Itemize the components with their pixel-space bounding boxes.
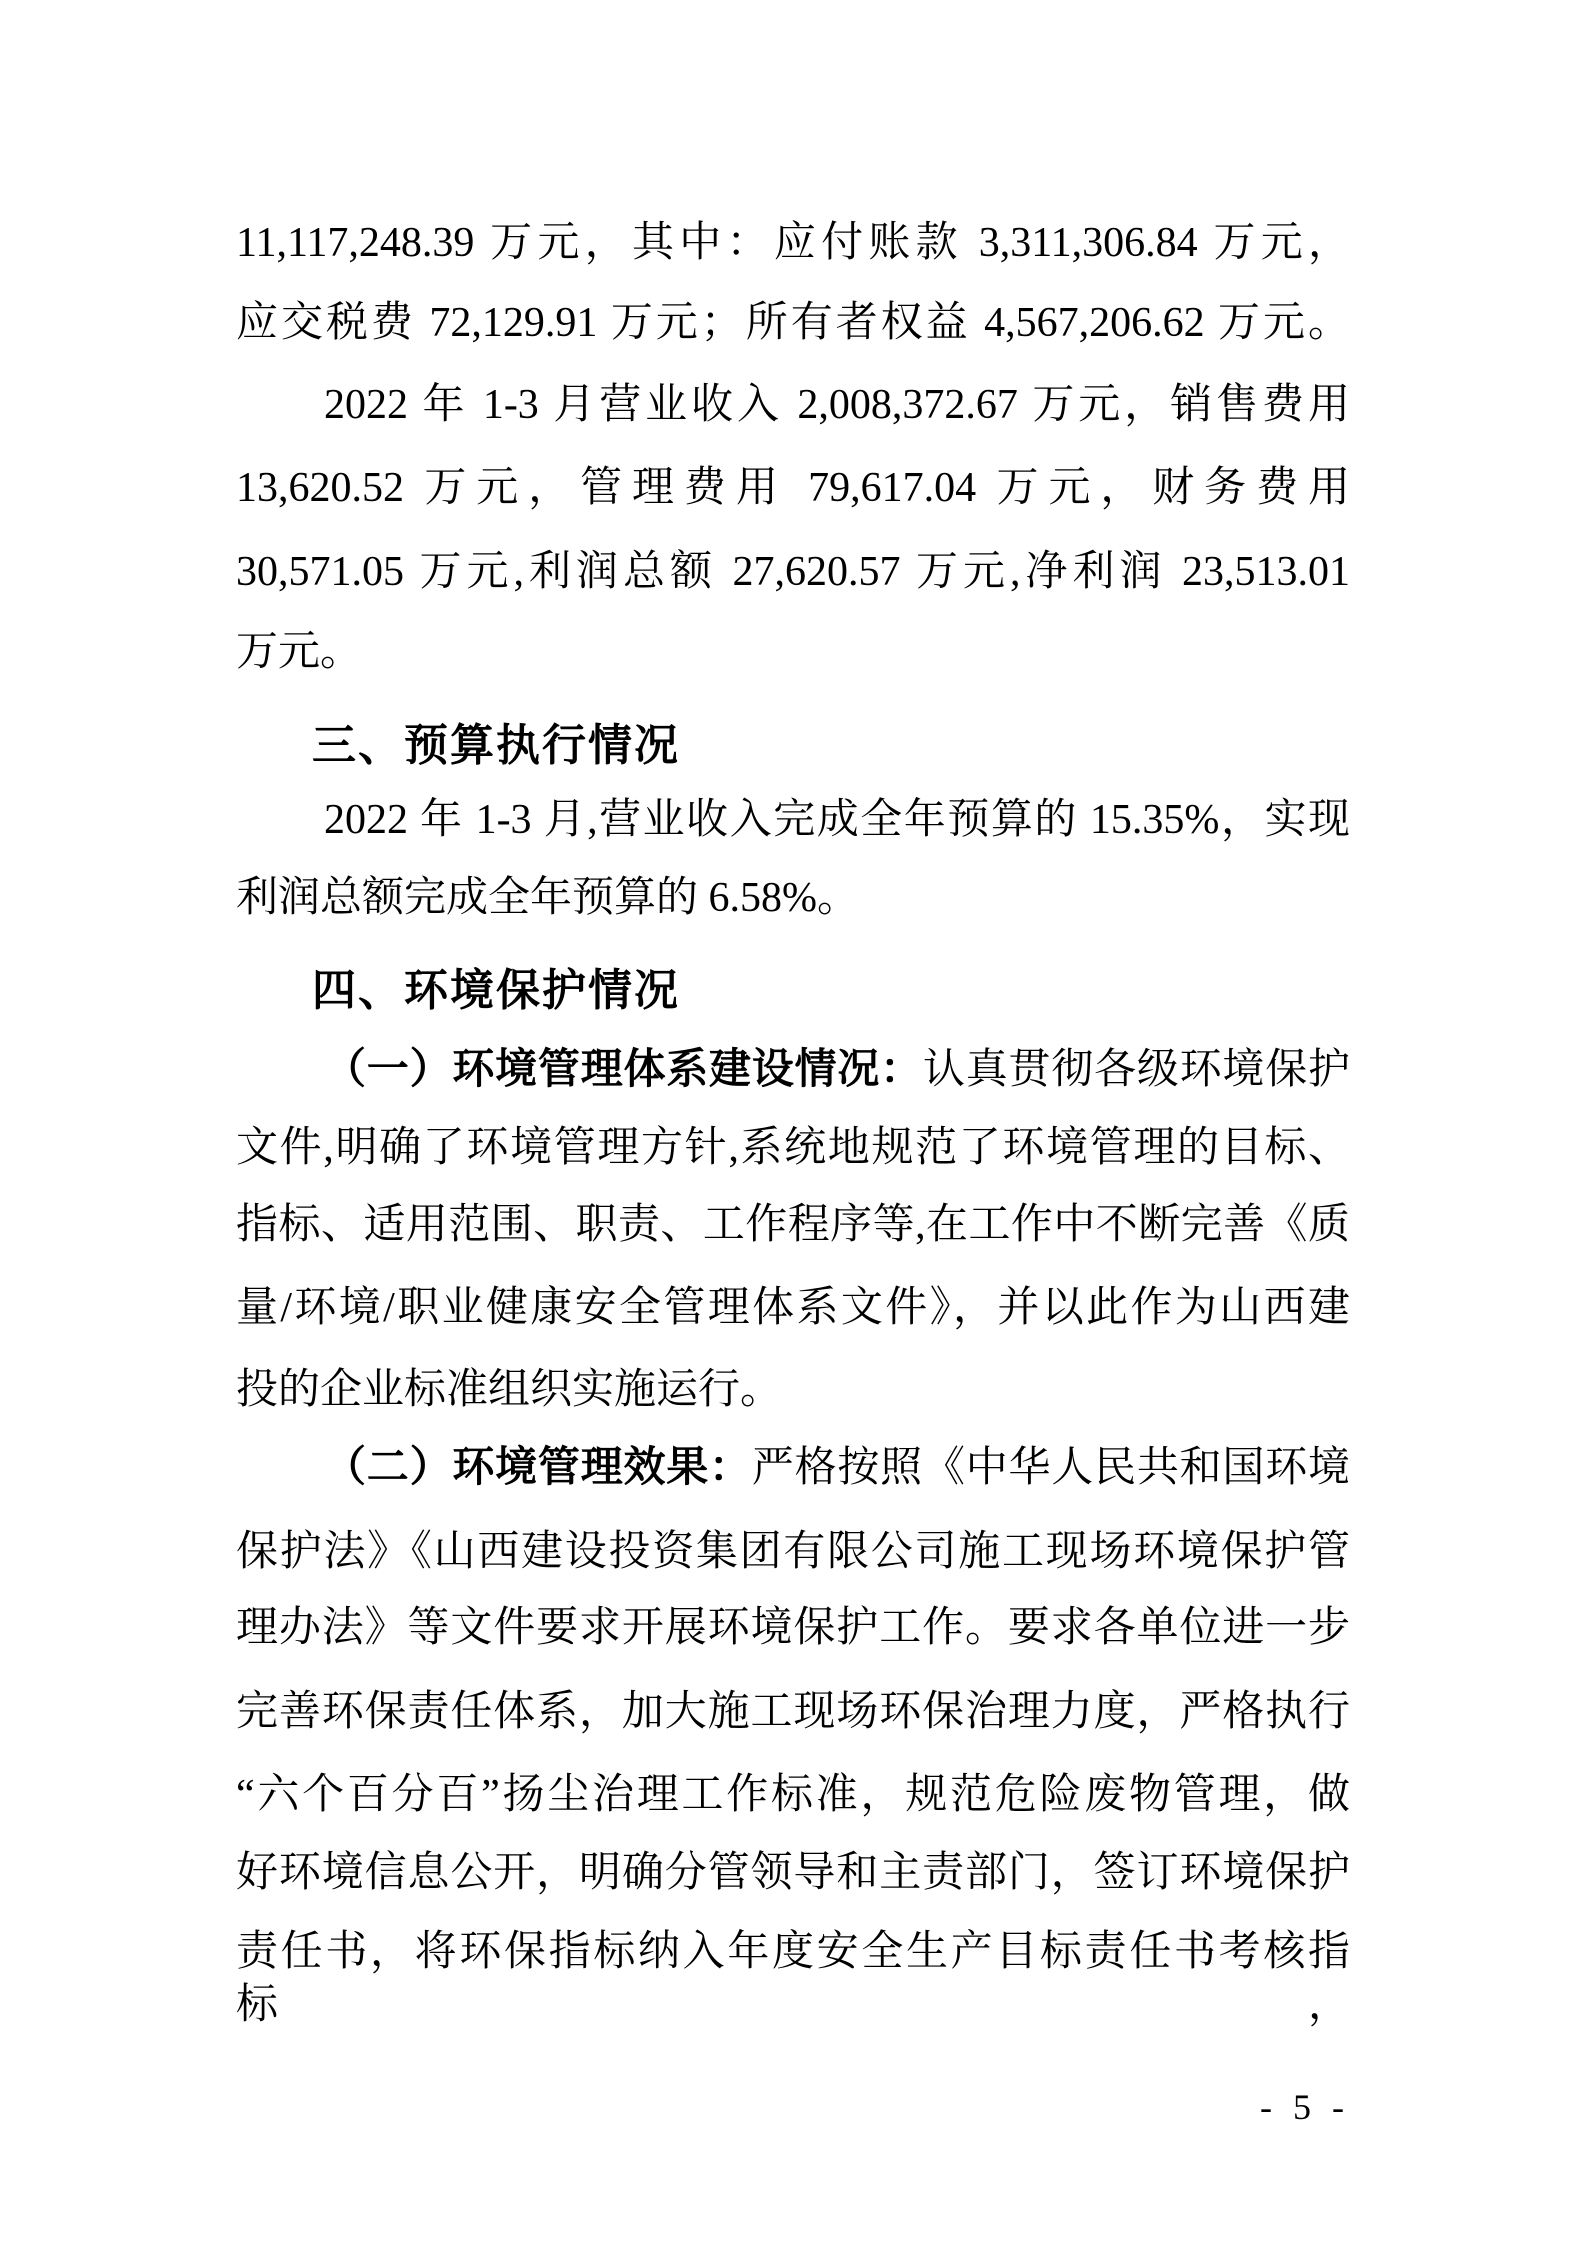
text-line: （一）环境管理体系建设情况：认真贯彻各级环境保护 xyxy=(236,1044,1350,1097)
text-line: （二）环境管理效果：严格按照《中华人民共和国环境 xyxy=(236,1442,1350,1495)
section-heading-budget-execution: 三、预算执行情况 xyxy=(236,718,1350,773)
paragraph-text: 严格按照《中华人民共和国环境 xyxy=(752,1445,1350,1491)
text-line: 完善环保责任体系，加大施工现场环保治理力度，严格执行 xyxy=(236,1686,1350,1739)
text-line: 文件,明确了环境管理方针,系统地规范了环境管理的目标、 xyxy=(236,1122,1350,1175)
text-line: 2022 年 1-3 月营业收入 2,008,372.67 万元，销售费用 xyxy=(236,379,1350,432)
text-line: “六个百分百”扬尘治理工作标准，规范危险废物管理，做 xyxy=(236,1769,1350,1822)
paragraph-text: 认真贯彻各级环境保护 xyxy=(923,1047,1350,1093)
text-line: 应交税费 72,129.91 万元；所有者权益 4,567,206.62 万元。 xyxy=(236,297,1350,350)
section-heading-environment-protection: 四、环境保护情况 xyxy=(236,963,1350,1018)
text-line: 30,571.05 万元,利润总额 27,620.57 万元,净利润 23,51… xyxy=(236,546,1350,599)
text-line: 理办法》等文件要求开展环境保护工作。要求各单位进一步 xyxy=(236,1602,1350,1655)
text-line: 好环境信息公开，明确分管领导和主责部门，签订环境保护 xyxy=(236,1847,1350,1900)
text-line: 保护法》《山西建设投资集团有限公司施工现场环境保护管 xyxy=(236,1526,1350,1579)
paragraph-lead-bold: （一）环境管理体系建设情况： xyxy=(324,1047,923,1093)
text-line: 投的企业标准组织实施运行。 xyxy=(236,1364,1350,1417)
text-line: 2022 年 1-3 月,营业收入完成全年预算的 15.35%，实现 xyxy=(236,794,1350,847)
text-line: 万元。 xyxy=(236,626,1350,679)
text-line: 责任书，将环保指标纳入年度安全生产目标责任书考核指标， xyxy=(236,1926,1350,2031)
document-page: 11,117,248.39 万元，其中：应付账款 3,311,306.84 万元… xyxy=(0,0,1587,2245)
page-number: - 5 - xyxy=(236,2086,1350,2128)
text-line: 13,620.52 万元，管理费用 79,617.04 万元，财务费用 xyxy=(236,462,1350,515)
text-line: 11,117,248.39 万元，其中：应付账款 3,311,306.84 万元… xyxy=(236,217,1350,270)
text-line: 利润总额完成全年预算的 6.58%。 xyxy=(236,872,1350,925)
text-line: 量/环境/职业健康安全管理体系文件》，并以此作为山西建 xyxy=(236,1282,1350,1335)
text-line: 指标、适用范围、职责、工作程序等,在工作中不断完善《质 xyxy=(236,1199,1350,1252)
paragraph-lead-bold: （二）环境管理效果： xyxy=(324,1445,752,1491)
